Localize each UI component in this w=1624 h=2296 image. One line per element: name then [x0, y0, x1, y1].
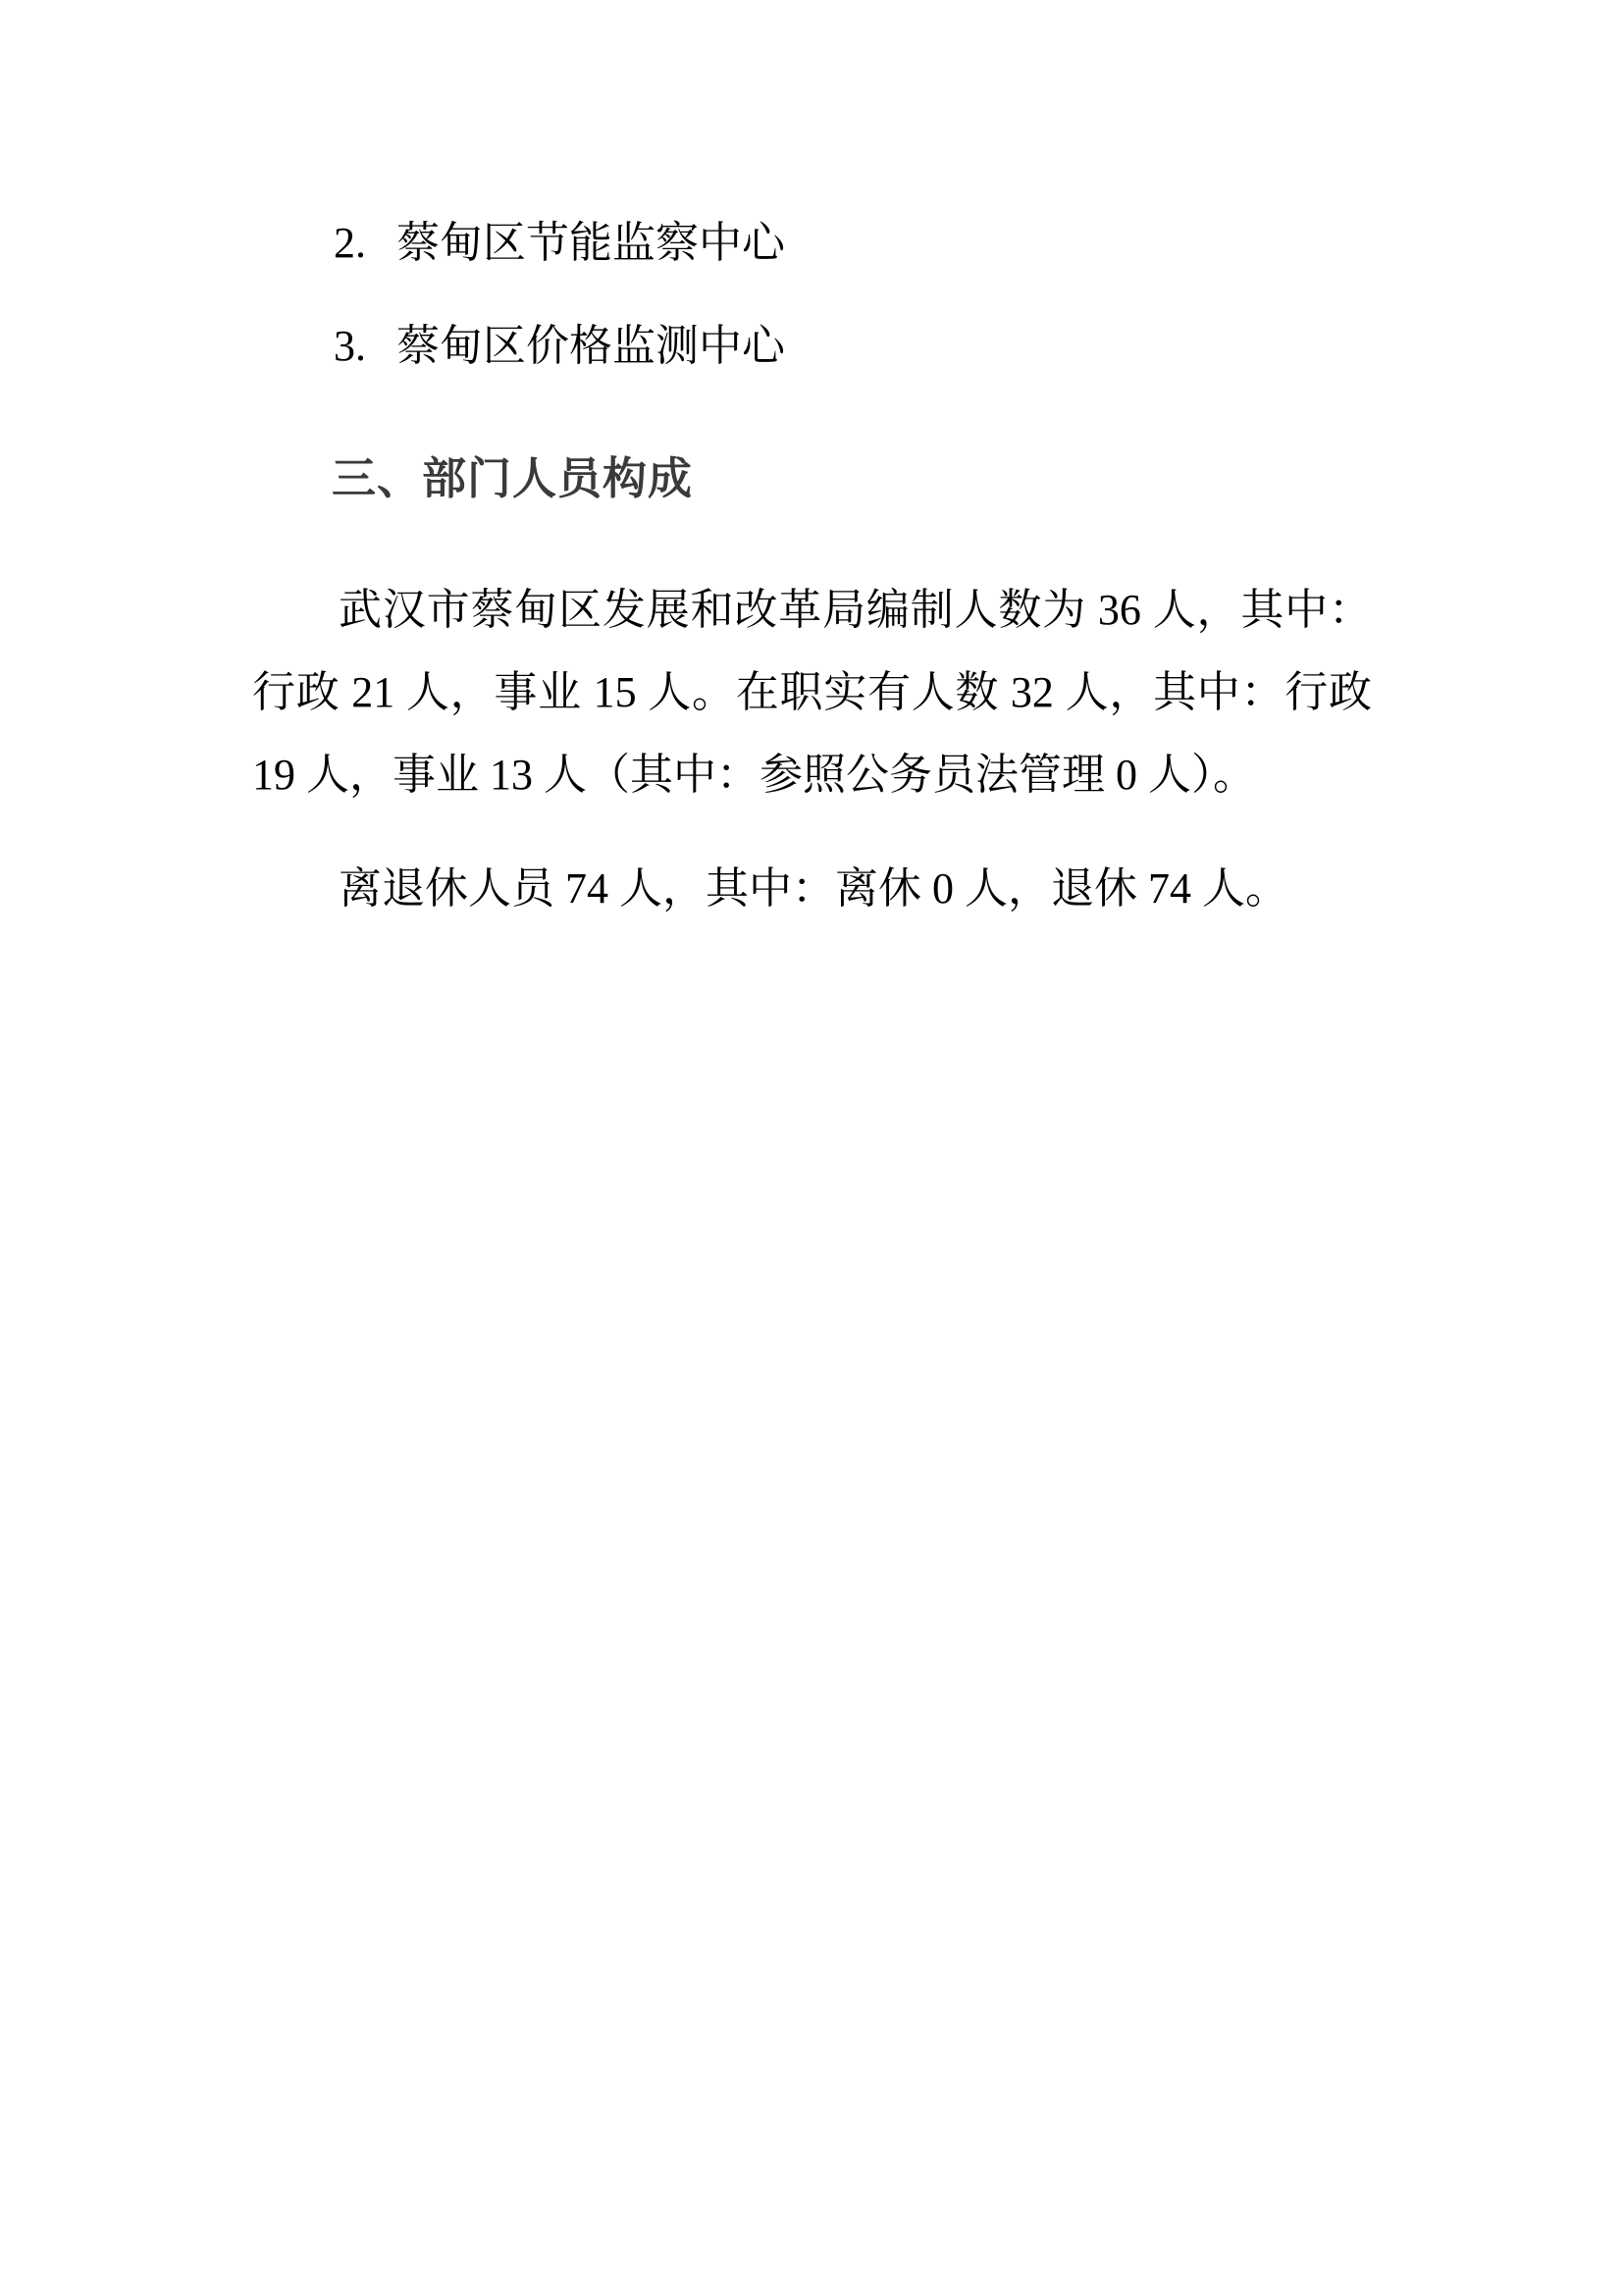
- list-item-number: 2.: [334, 218, 396, 269]
- list-item: 3.蔡甸区价格监测中心: [334, 321, 785, 372]
- list-item-label: 蔡甸区价格监测中心: [396, 322, 785, 370]
- list-item-label: 蔡甸区节能监察中心: [396, 219, 785, 267]
- document-page: 2.蔡甸区节能监察中心 3.蔡甸区价格监测中心 三、部门人员构成 武汉市蔡甸区发…: [0, 0, 1624, 2296]
- paragraph-line: 19 人，事业 13 人（其中：参照公务员法管理 0 人）。: [252, 750, 1372, 801]
- section-heading: 三、部门人员构成: [332, 453, 693, 504]
- paragraph: 离退休人员 74 人，其中：离休 0 人，退休 74 人。: [252, 863, 1372, 914]
- paragraph-line: 武汉市蔡甸区发展和改革局编制人数为 36 人，其中：: [252, 585, 1372, 636]
- list-item-number: 3.: [334, 321, 396, 372]
- paragraph-line: 行政 21 人，事业 15 人。在职实有人数 32 人，其中：行政: [252, 667, 1372, 718]
- list-item: 2.蔡甸区节能监察中心: [334, 218, 785, 269]
